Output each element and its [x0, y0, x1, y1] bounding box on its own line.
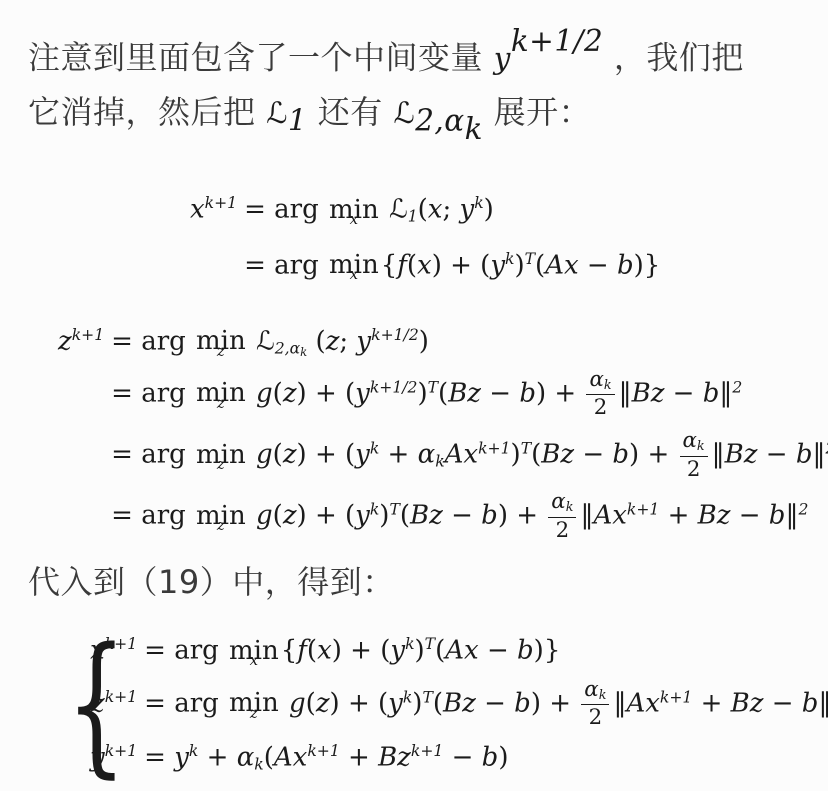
- substitute-paragraph: 代入到（19）中，得到：: [28, 555, 800, 609]
- left-brace-icon: {: [66, 628, 126, 780]
- document-page: 注意到里面包含了一个中间变量 yk+1/2 ，我们把它消掉，然后把 ℒ1 还有 …: [0, 0, 828, 791]
- equation-block-z-update: zk+1= arg minz ℒ2,αk (z; yk+1/2)= arg mi…: [58, 326, 800, 543]
- system-equations: xk+1= arg minx{f(x) + (yk)T(Ax − b)}zk+1…: [90, 635, 828, 773]
- left-brace-wrap: {: [56, 635, 90, 773]
- equation-block-x-update: xk+1= arg minx ℒ1(x; yk)= arg minx{f(x) …: [190, 194, 800, 280]
- intro-paragraph: 注意到里面包含了一个中间变量 yk+1/2 ，我们把它消掉，然后把 ℒ1 还有 …: [28, 16, 800, 154]
- equation-system-20: { xk+1= arg minx{f(x) + (yk)T(Ax − b)}zk…: [56, 635, 800, 773]
